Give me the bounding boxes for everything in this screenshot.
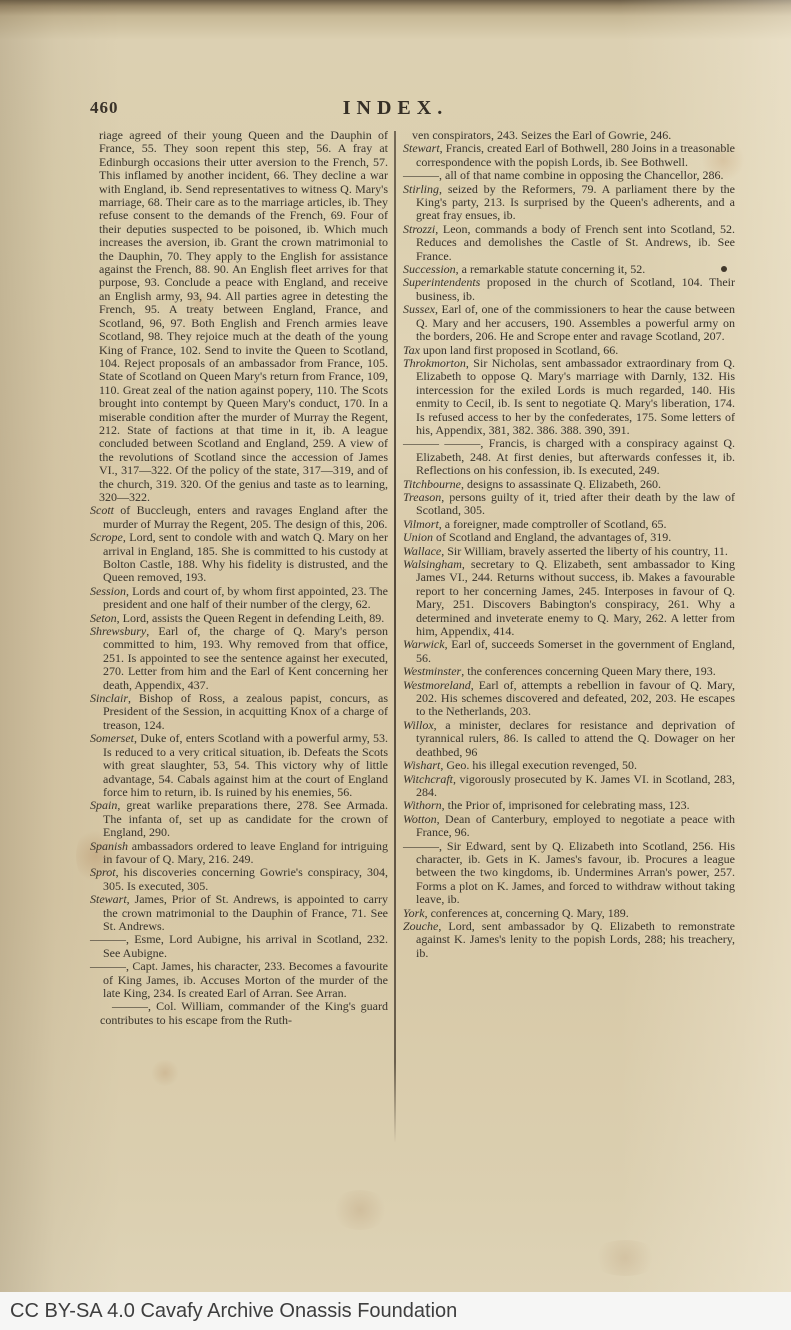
entry-headword: Westminster [403, 664, 461, 678]
entry-headword: Tax [403, 343, 420, 357]
index-entry: Wishart, Geo. his illegal execution reve… [403, 759, 735, 772]
index-entry: Session, Lords and court of, by whom fir… [90, 585, 388, 612]
entry-headword: Seton [90, 611, 117, 625]
index-entry: Sprot, his discoveries concerning Gowrie… [90, 866, 388, 893]
license-caption-bar: CC BY-SA 4.0 Cavafy Archive Onassis Foun… [0, 1292, 791, 1330]
index-entry: Throkmorton, Sir Nicholas, sent ambassad… [403, 357, 735, 437]
index-entry: riage agreed of their young Queen and th… [90, 129, 388, 504]
entry-headword: Stirling [403, 182, 439, 196]
entry-headword: Withorn [403, 798, 442, 812]
index-entry: Union of Scotland and England, the advan… [403, 531, 735, 544]
entry-headword: Wallace [403, 544, 441, 558]
entry-headword: Zouche [403, 919, 438, 933]
index-entry: Zouche, Lord, sent ambassador by Q. Eliz… [403, 920, 735, 960]
entry-headword: Shrewsbury [90, 624, 146, 638]
entry-headword: Warwick [403, 637, 445, 651]
index-entry: ———, Esme, Lord Aubigne, his arrival in … [90, 933, 388, 960]
index-entry: Vilmort, a foreigner, made comptroller o… [403, 518, 735, 531]
entry-headword: Sussex [403, 302, 435, 316]
entry-headword: Scott [90, 503, 114, 517]
entry-headword: Wotton [403, 812, 437, 826]
index-entry: Strozzi, Leon, commands a body of French… [403, 223, 735, 263]
entry-headword: Willox [403, 718, 434, 732]
index-entry: Westmoreland, Earl of, attempts a rebell… [403, 679, 735, 719]
index-entry: Wallace, Sir William, bravely asserted t… [403, 545, 735, 558]
entry-headword: Spain [90, 798, 117, 812]
entry-headword: Throkmorton [403, 356, 466, 370]
index-entry: ven conspirators, 243. Seizes the Earl o… [403, 129, 735, 142]
index-entry: Tax upon land first proposed in Scotland… [403, 344, 735, 357]
entry-headword: York [403, 906, 425, 920]
entry-headword: Superintendents [403, 275, 480, 289]
index-column-right: ven conspirators, 243. Seizes the Earl o… [403, 129, 735, 960]
index-entry: Wotton, Dean of Canterbury, employed to … [403, 813, 735, 840]
index-entry: Stewart, Francis, created Earl of Bothwe… [403, 142, 735, 169]
entry-headword: Sinclair [90, 691, 128, 705]
entry-headword: Succession [403, 262, 456, 276]
index-entry: Somerset, Duke of, enters Scotland with … [90, 732, 388, 799]
index-entry: Stirling, seized by the Reformers, 79. A… [403, 183, 735, 223]
license-caption: CC BY-SA 4.0 Cavafy Archive Onassis Foun… [10, 1300, 457, 1323]
index-entry: ———, all of that name combine in opposin… [403, 169, 735, 182]
index-entry: Scrope, Lord, sent to condole with and w… [90, 531, 388, 585]
entry-headword: Wishart [403, 758, 440, 772]
index-entry: Treason, persons guilty of it, tried aft… [403, 491, 735, 518]
entry-headword: Treason [403, 490, 441, 504]
index-entry: Westminster, the conferences concerning … [403, 665, 735, 678]
entry-headword: Stewart [403, 141, 440, 155]
paper-stain [330, 1190, 390, 1230]
entry-headword: Strozzi [403, 222, 435, 236]
index-entry: ———, Sir Edward, sent by Q. Elizabeth in… [403, 840, 735, 907]
entry-headword: Sprot [90, 865, 116, 879]
index-entry: Sinclair, Bishop of Ross, a zealous papi… [90, 692, 388, 732]
index-entry: Walsingham, secretary to Q. Elizabeth, s… [403, 558, 735, 638]
index-entry: Sussex, Earl of, one of the commissioner… [403, 303, 735, 343]
index-column-left: riage agreed of their young Queen and th… [90, 129, 388, 1027]
index-entry: Stewart, James, Prior of St. Andrews, is… [90, 893, 388, 933]
index-entry: Seton, Lord, assists the Queen Regent in… [90, 612, 388, 625]
index-entry: Shrewsbury, Earl of, the charge of Q. Ma… [90, 625, 388, 692]
entry-headword: Session [90, 584, 126, 598]
index-entry: Succession, a remarkable statute concern… [403, 263, 735, 276]
index-entry: Willox, a minister, declares for resista… [403, 719, 735, 759]
entry-headword: Spanish [90, 839, 128, 853]
column-divider-rule [394, 131, 396, 1143]
index-entry: York, conferences at, concerning Q. Mary… [403, 907, 735, 920]
entry-headword: Walsingham [403, 557, 462, 571]
entry-headword: Witchcraft [403, 772, 453, 786]
index-entry: Spain, great warlike preparations there,… [90, 799, 388, 839]
entry-headword: Titchbourne [403, 477, 461, 491]
index-entry: Superintendents proposed in the church o… [403, 276, 735, 303]
index-entry: Warwick, Earl of, succeeds Somerset in t… [403, 638, 735, 665]
index-entry: Withorn, the Prior of, imprisoned for ce… [403, 799, 735, 812]
book-page-scan: 460 INDEX. riage agreed of their young Q… [0, 0, 791, 1292]
index-entry: ———, Col. William, commander of the King… [90, 1000, 388, 1027]
index-columns: riage agreed of their young Queen and th… [90, 129, 735, 1143]
index-entry: ———, Capt. James, his character, 233. Be… [90, 960, 388, 1000]
page-title: INDEX. [0, 97, 791, 120]
index-entry: Spanish ambassadors ordered to leave Eng… [90, 840, 388, 867]
index-entry: Witchcraft, vigorously prosecuted by K. … [403, 773, 735, 800]
entry-headword: Westmoreland [403, 678, 471, 692]
entry-headword: Stewart [90, 892, 127, 906]
index-entry: Titchbourne, designs to assassinate Q. E… [403, 478, 735, 491]
index-entry: Scott of Buccleugh, enters and ravages E… [90, 504, 388, 531]
entry-headword: Somerset [90, 731, 134, 745]
entry-headword: Union [403, 530, 433, 544]
entry-headword: Vilmort [403, 517, 439, 531]
entry-headword: Scrope [90, 530, 123, 544]
index-entry: ——— ———, Francis, is charged with a cons… [403, 437, 735, 477]
paper-stain [590, 1240, 660, 1276]
